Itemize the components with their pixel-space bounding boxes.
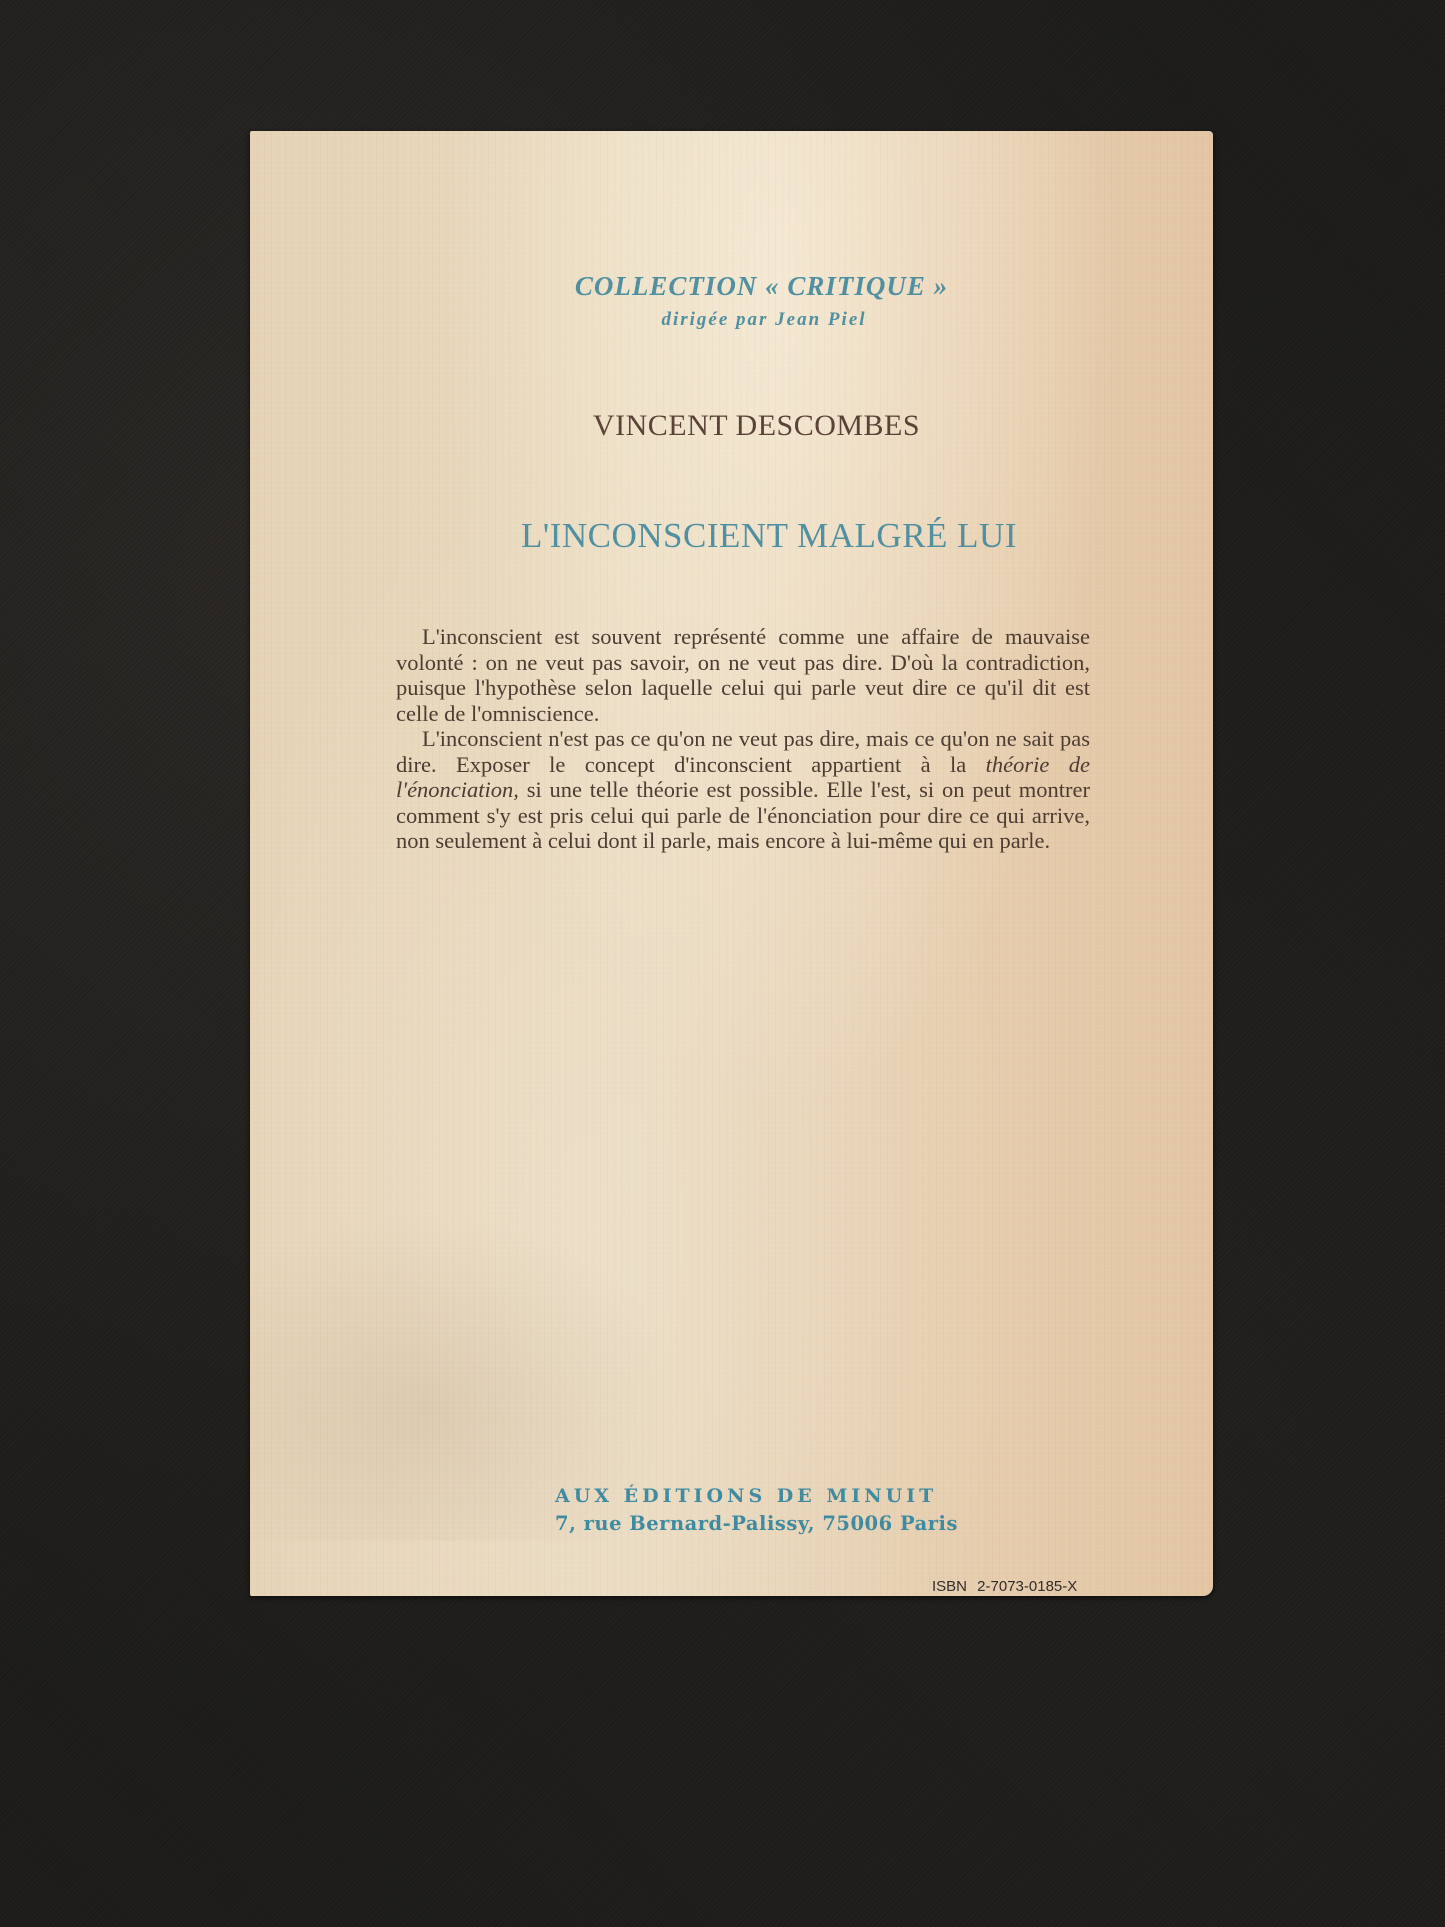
book-back-cover: COLLECTION « CRITIQUE » dirigée par Jean… [250, 131, 1213, 1596]
collection-name: COLLECTION « CRITIQUE » [250, 271, 1213, 302]
author-name: VINCENT DESCOMBES [250, 409, 1213, 443]
blurb-paragraph-1: L'inconscient est souvent représenté com… [396, 624, 1090, 726]
publisher-name: AUX ÉDITIONS DE MINUIT [555, 1485, 937, 1507]
book-title: L'INCONSCIENT MALGRÉ LUI [250, 516, 1213, 556]
blurb-paragraph-2: L'inconscient n'est pas ce qu'on ne veut… [396, 726, 1090, 854]
collection-director: dirigée par Jean Piel [250, 309, 1213, 331]
isbn-number: ISBN 2-7073-0185-X [932, 1578, 1077, 1595]
blurb-text: L'inconscient est souvent représenté com… [396, 624, 1090, 854]
publisher-address: 7, rue Bernard-Palissy, 75006 Paris [555, 1512, 958, 1535]
